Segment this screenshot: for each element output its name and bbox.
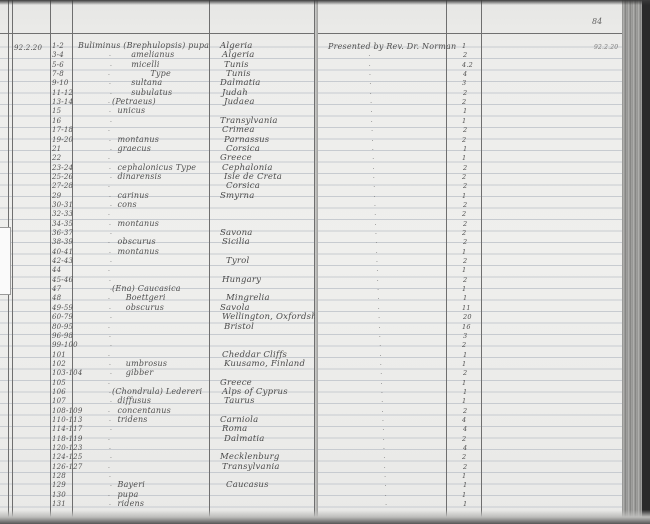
register-number: 80-95	[52, 323, 73, 331]
ditto-mark: .	[110, 313, 112, 320]
species-name: cephalonicus Type	[112, 163, 196, 172]
donor-ditto-mark: .	[372, 154, 374, 161]
species-name: umbrosus	[112, 359, 167, 368]
quantity: 1	[462, 360, 466, 368]
donor-ditto-mark: .	[372, 145, 374, 152]
species-name: Buliminus (Brephulopsis) pupa	[78, 41, 209, 50]
quantity: 2	[463, 89, 467, 97]
register-number: 107	[52, 397, 66, 405]
locality: Smyrna	[220, 191, 255, 201]
ditto-mark: .	[110, 257, 112, 264]
donor-ditto-mark: .	[372, 136, 374, 143]
register-number: 9-10	[52, 79, 69, 87]
register-number: 22	[52, 154, 61, 162]
quantity: 1	[463, 107, 467, 115]
species-name: concentanus	[112, 406, 171, 415]
register-number: 5-6	[52, 61, 64, 69]
ruled-lines	[0, 36, 318, 522]
donor-note: Presented by Rev. Dr. Norman	[328, 42, 456, 51]
donor-ditto-mark: .	[380, 369, 382, 376]
species-name: Bayeri	[112, 480, 145, 489]
locality: Kuusamo, Finland	[224, 359, 305, 369]
quantity: 1	[463, 388, 467, 396]
ditto-mark: .	[108, 351, 110, 358]
donor-ditto-mark: .	[380, 351, 382, 358]
quantity: 4.2	[462, 61, 473, 69]
quantity: 2	[462, 210, 466, 218]
quantity: 1	[462, 397, 466, 405]
quantity: 3	[463, 332, 467, 340]
donor-ditto-mark: .	[371, 117, 373, 124]
quantity: 1	[463, 145, 467, 153]
species-name: cons	[112, 200, 137, 209]
species-name: tridens	[112, 415, 148, 424]
donor-ditto-mark: .	[373, 164, 375, 171]
quantity: 2	[463, 257, 467, 265]
register-number: 30-31	[52, 201, 73, 209]
quantity: 1	[462, 192, 466, 200]
ditto-mark: .	[109, 220, 111, 227]
ditto-mark: .	[109, 136, 111, 143]
donor-ditto-mark: .	[376, 257, 378, 264]
ditto-mark: .	[109, 276, 111, 283]
register-number: 103-104	[52, 369, 83, 377]
register-number: 131	[52, 500, 66, 508]
quantity: 1	[462, 472, 466, 480]
quantity: 4	[462, 416, 466, 424]
donor-ditto-mark: .	[379, 332, 381, 339]
register-number: 102	[52, 360, 66, 368]
quantity: 2	[463, 369, 467, 377]
locality: Sicilia	[222, 237, 250, 247]
species-name: montanus	[112, 247, 159, 256]
ditto-mark: .	[109, 192, 111, 199]
donor-ditto-mark: .	[373, 182, 375, 189]
donor-ditto-mark: .	[375, 229, 377, 236]
quantity: 1	[462, 379, 466, 387]
register-number: 17-18	[52, 126, 73, 134]
register-number: 48	[52, 294, 61, 302]
donor-ditto-mark: .	[381, 388, 383, 395]
locality: Hungary	[222, 275, 261, 285]
donor-ditto-mark: .	[379, 323, 381, 330]
quantity: 1	[462, 266, 466, 274]
ditto-mark: .	[108, 210, 110, 217]
donor-ditto-mark: .	[368, 51, 370, 58]
donor-ditto-mark: .	[381, 379, 383, 386]
ditto-mark: .	[109, 107, 111, 114]
page-tab	[0, 227, 11, 295]
ditto-mark: .	[108, 379, 110, 386]
ditto-mark: .	[108, 70, 110, 77]
register-number: 108-109	[52, 407, 83, 415]
register-number: 25-26	[52, 173, 73, 181]
species-name: pupa	[112, 490, 138, 499]
quantity: 20	[463, 313, 472, 321]
ditto-mark: .	[108, 182, 110, 189]
quantity: 2	[463, 51, 467, 59]
quantity: 2	[462, 341, 466, 349]
species-name: Boettgeri	[112, 293, 166, 302]
ditto-mark: .	[109, 360, 111, 367]
donor-ditto-mark: .	[369, 70, 371, 77]
register-number: 42-43	[52, 257, 73, 265]
quantity: 1	[462, 42, 466, 50]
register-number: 124-125	[52, 453, 83, 461]
ditto-mark: .	[110, 117, 112, 124]
quantity: 3	[462, 79, 466, 87]
register-number: 118-119	[52, 435, 83, 443]
donor-ditto-mark: .	[380, 360, 382, 367]
register-number: 34-35	[52, 220, 73, 228]
column-divider-donor	[446, 0, 447, 522]
donor-ditto-mark: .	[382, 425, 384, 432]
register-number: 110-113	[52, 416, 83, 424]
ditto-mark: .	[108, 323, 110, 330]
donor-ditto-mark: .	[373, 173, 375, 180]
locality: Judaea	[224, 97, 255, 107]
donor-ditto-mark: .	[375, 220, 377, 227]
page-number: 84	[592, 17, 602, 26]
ditto-mark: .	[109, 79, 111, 86]
donor-ditto-mark: .	[382, 407, 384, 414]
species-name: sultana	[112, 78, 162, 87]
donor-ditto-mark: .	[369, 79, 371, 86]
quantity: 1	[463, 351, 467, 359]
quantity: 4	[463, 444, 467, 452]
register-number: 15	[52, 107, 61, 115]
register-number: 13-14	[52, 98, 73, 106]
donor-ditto-mark: .	[376, 248, 378, 255]
species-name: unicus	[112, 106, 145, 115]
ditto-mark: .	[108, 154, 110, 161]
register-number: 130	[52, 491, 66, 499]
quantity: 2	[462, 229, 466, 237]
quantity: 2	[463, 164, 467, 172]
ditto-mark: .	[109, 388, 111, 395]
donor-ditto-mark: .	[370, 98, 372, 105]
register-number: 19-20	[52, 136, 73, 144]
ditto-mark: .	[109, 444, 111, 451]
ditto-mark: .	[108, 491, 110, 498]
quantity: 11	[462, 304, 471, 312]
register-number: 128	[52, 472, 66, 480]
quantity: 1	[462, 117, 466, 125]
quantity: 2	[463, 407, 467, 415]
quantity: 2	[463, 276, 467, 284]
top-shadow	[0, 0, 650, 5]
register-number: 27-28	[52, 182, 73, 190]
ditto-mark: .	[109, 164, 111, 171]
header-rule	[318, 33, 624, 34]
donor-ditto-mark: .	[370, 107, 372, 114]
locality: Tyrol	[226, 256, 249, 266]
quantity: 2	[463, 182, 467, 190]
donor-ditto-mark: .	[384, 463, 386, 470]
register-number: 60-79	[52, 313, 73, 321]
ditto-mark: .	[110, 341, 112, 348]
quantity: 1	[463, 500, 467, 508]
quantity: 1	[462, 154, 466, 162]
quantity: 1	[462, 491, 466, 499]
quantity: 1	[462, 248, 466, 256]
ditto-mark: .	[110, 425, 112, 432]
quantity: 2	[463, 238, 467, 246]
ditto-mark: .	[108, 294, 110, 301]
ditto-mark: .	[108, 463, 110, 470]
quantity: 4	[463, 425, 467, 433]
quantity: 2	[463, 201, 467, 209]
register-number: 105	[52, 379, 66, 387]
donor-ditto-mark: .	[382, 416, 384, 423]
species-name: amelianus	[112, 50, 174, 59]
page-edges	[622, 0, 650, 524]
quantity: 2	[463, 126, 467, 134]
donor-ditto-mark: .	[381, 397, 383, 404]
ditto-mark: .	[108, 266, 110, 273]
register-number: 29	[52, 192, 61, 200]
donor-ditto-mark: .	[376, 266, 378, 273]
ditto-mark: .	[108, 407, 110, 414]
margin-line	[12, 0, 13, 522]
species-name: ridens	[112, 499, 144, 508]
ditto-mark: .	[109, 500, 111, 507]
donor-ditto-mark: .	[383, 453, 385, 460]
ditto-mark: .	[110, 229, 112, 236]
register-number: 96-98	[52, 332, 73, 340]
register-number: 23-24	[52, 164, 73, 172]
register-number: 16	[52, 117, 61, 125]
species-name: (Ena) Caucasica	[112, 284, 181, 293]
locality: Transylvania	[222, 462, 280, 472]
register-number: 40-41	[52, 248, 73, 256]
locality: Taurus	[224, 396, 255, 406]
column-divider-species	[209, 0, 210, 522]
register-number: 129	[52, 481, 66, 489]
quantity: 2	[462, 98, 466, 106]
donor-ditto-mark: .	[374, 210, 376, 217]
donor-ditto-mark: .	[374, 201, 376, 208]
donor-ditto-mark: .	[375, 238, 377, 245]
register-number: 99-100	[52, 341, 78, 349]
species-name: montanus	[112, 219, 159, 228]
register-number: 126-127	[52, 463, 83, 471]
species-name: subulatus	[112, 88, 172, 97]
species-name: (Chondrula) Ledereri	[112, 387, 202, 396]
donor-ditto-mark: .	[370, 89, 372, 96]
register-number: 36-37	[52, 229, 73, 237]
register-number: 1-2	[52, 42, 64, 50]
donor-ditto-mark: .	[377, 285, 379, 292]
species-name: diffusus	[112, 396, 151, 405]
column-divider-quantity	[481, 0, 482, 522]
column-divider-date	[50, 0, 51, 522]
register-number: 11-12	[52, 89, 73, 97]
ruled-lines	[318, 36, 624, 522]
donor-ditto-mark: .	[383, 444, 385, 451]
register-number: 45-46	[52, 276, 73, 284]
species-name: micelli	[112, 60, 160, 69]
register-number: 114-117	[52, 425, 83, 433]
register-number: 3-4	[52, 51, 64, 59]
register-number: 120-123	[52, 444, 83, 452]
locality: Dalmatia	[224, 434, 265, 444]
register-number: 38-39	[52, 238, 73, 246]
bottom-shadow	[0, 510, 650, 524]
quantity: 2	[462, 136, 466, 144]
ditto-mark: .	[108, 126, 110, 133]
species-name: (Petraeus)	[112, 97, 156, 106]
quantity: 1	[463, 294, 467, 302]
register-number: 47	[52, 285, 61, 293]
species-name: carinus	[112, 191, 149, 200]
species-name: obscurus	[112, 303, 164, 312]
donor-ditto-mark: .	[383, 435, 385, 442]
locality: Caucasus	[226, 480, 269, 490]
quantity: 2	[462, 173, 466, 181]
quantity: 2	[463, 220, 467, 228]
ditto-mark: .	[109, 332, 111, 339]
donor-ditto-mark: .	[384, 481, 386, 488]
donor-ditto-mark: .	[378, 304, 380, 311]
species-name: gibber	[112, 368, 153, 377]
ditto-mark: .	[110, 453, 112, 460]
quantity: 16	[462, 323, 471, 331]
ditto-mark: .	[109, 51, 111, 58]
species-name: dinarensis	[112, 172, 162, 181]
donor-ditto-mark: .	[371, 126, 373, 133]
register-number: 21	[52, 145, 61, 153]
ditto-mark: .	[108, 435, 110, 442]
ditto-mark: .	[109, 472, 111, 479]
right-page: Presented by Rev. Dr. Norman 92.2.20 1.2…	[318, 0, 624, 522]
left-page: 92.2.20 1-2Buliminus (Brephulopsis) pupa…	[0, 0, 318, 522]
donor-ditto-mark: .	[384, 472, 386, 479]
quantity: 4	[463, 70, 467, 78]
ledger-book: 92.2.20 1-2Buliminus (Brephulopsis) pupa…	[0, 0, 650, 524]
register-number: 101	[52, 351, 66, 359]
ditto-mark: .	[108, 98, 110, 105]
quantity: 2	[462, 435, 466, 443]
species-name: montanus	[112, 135, 159, 144]
date-entry: 92.2.20	[14, 44, 42, 52]
donor-ditto-mark: .	[385, 491, 387, 498]
donor-ditto-mark: .	[378, 313, 380, 320]
quantity: 1	[463, 481, 467, 489]
donor-ditto-mark: .	[374, 192, 376, 199]
donor-ditto-mark: .	[377, 294, 379, 301]
register-number: 44	[52, 266, 61, 274]
quantity: 2	[462, 453, 466, 461]
quantity: 1	[462, 285, 466, 293]
remarks-note: 92.2.20	[594, 44, 618, 51]
register-number: 106	[52, 388, 66, 396]
donor-ditto-mark: .	[385, 500, 387, 507]
ditto-mark: .	[109, 304, 111, 311]
ditto-mark: .	[109, 248, 111, 255]
species-name: Type	[112, 69, 171, 78]
header-rule	[0, 33, 318, 34]
ditto-mark: .	[109, 416, 111, 423]
register-number: 49-59	[52, 304, 73, 312]
ditto-mark: .	[108, 238, 110, 245]
donor-ditto-mark: .	[379, 341, 381, 348]
register-number: 32-33	[52, 210, 73, 218]
donor-ditto-mark: .	[377, 276, 379, 283]
locality: Bristol	[224, 322, 254, 332]
species-name: obscurus	[112, 237, 156, 246]
register-number: 7-8	[52, 70, 64, 78]
donor-ditto-mark: .	[369, 61, 371, 68]
species-name: graecus	[112, 144, 151, 153]
quantity: 2	[463, 463, 467, 471]
